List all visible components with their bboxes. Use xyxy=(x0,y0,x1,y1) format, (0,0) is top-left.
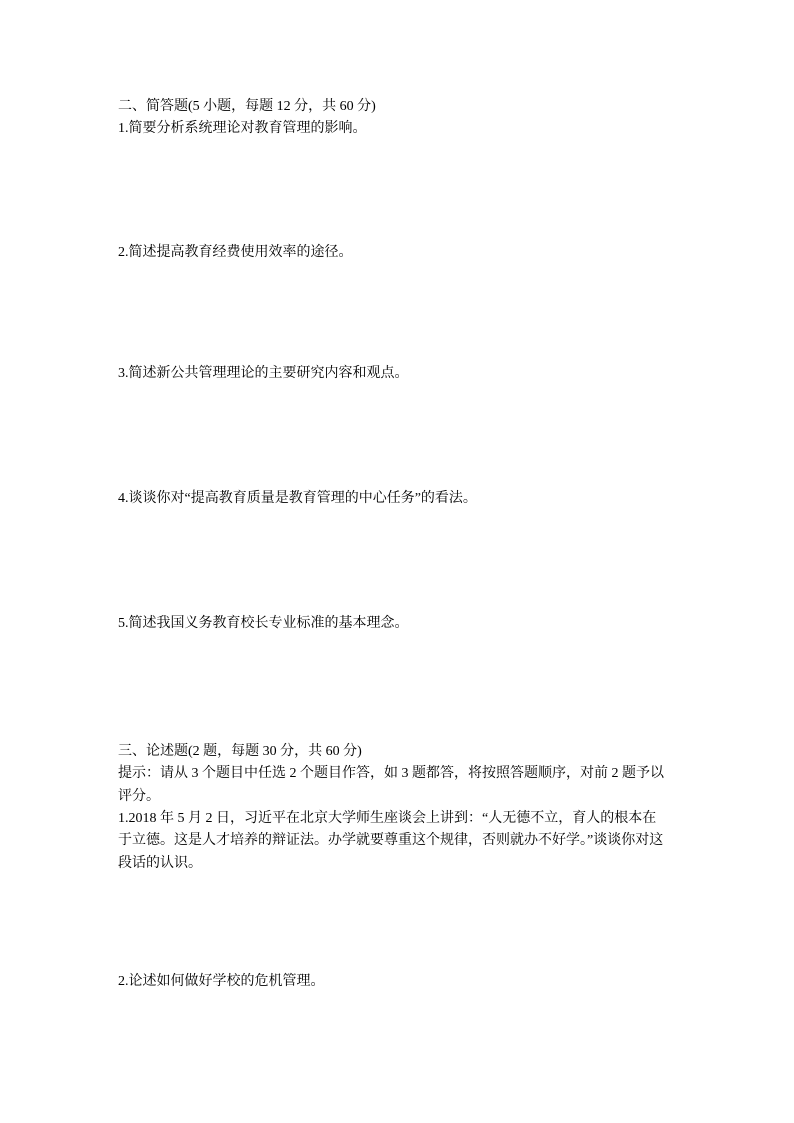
short-answer-question-4: 4.谈谈你对“提高教育质量是教育管理的中心任务”的看法。 xyxy=(118,488,477,510)
exam-paper-page: 二、简答题(5 小题，每题 12 分，共 60 分) 1.简要分析系统理论对教育… xyxy=(0,0,794,1123)
essay-question-1-line-3: 段话的认识。 xyxy=(118,853,202,875)
short-answer-question-2: 2.简述提高教育经费使用效率的途径。 xyxy=(118,242,353,264)
essay-question-1-line-1: 1.2018 年 5 月 2 日，习近平在北京大学师生座谈会上讲到：“人无德不立… xyxy=(118,808,656,830)
short-answer-question-3: 3.简述新公共管理理论的主要研究内容和观点。 xyxy=(118,363,409,385)
short-answer-section-heading: 二、简答题(5 小题，每题 12 分，共 60 分) xyxy=(118,96,376,118)
essay-hint-line-1: 提示：请从 3 个题目中任选 2 个题目作答，如 3 题都答，将按照答题顺序，对… xyxy=(118,763,664,785)
short-answer-question-1: 1.简要分析系统理论对教育管理的影响。 xyxy=(118,118,367,140)
essay-section-heading: 三、论述题(2 题，每题 30 分，共 60 分) xyxy=(118,741,362,763)
essay-hint-line-2: 评分。 xyxy=(118,786,160,808)
essay-question-1-line-2: 于立德。这是人才培养的辩证法。办学就要尊重这个规律，否则就办不好学。”谈谈你对这 xyxy=(118,830,663,852)
short-answer-question-5: 5.简述我国义务教育校长专业标准的基本理念。 xyxy=(118,613,409,635)
essay-question-2: 2.论述如何做好学校的危机管理。 xyxy=(118,971,325,993)
